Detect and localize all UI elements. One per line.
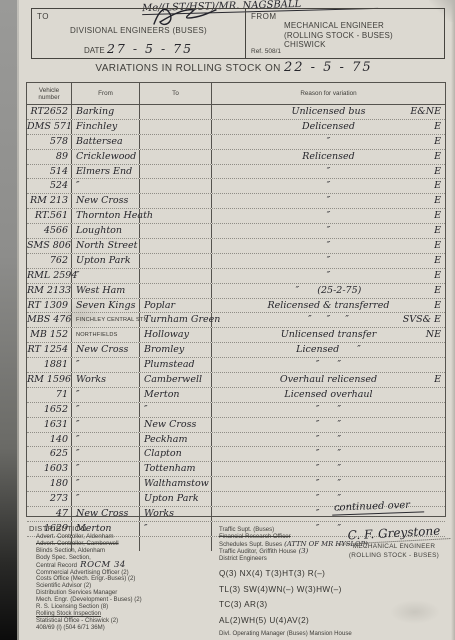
licensing-code: E: [434, 179, 441, 192]
from-cell: New Cross: [72, 343, 140, 357]
document-title: VARIATIONS IN ROLLING STOCK ON 22 - 5 - …: [22, 60, 446, 75]
from-cell: ″: [72, 179, 140, 193]
from-line: (ROLLING STOCK - BUSES): [284, 31, 393, 41]
vehicle-number-cell: SMS 806: [27, 239, 72, 253]
to-cell: Bromley: [140, 343, 212, 357]
from-cell: ″: [72, 418, 140, 432]
to-cell: [140, 135, 212, 149]
vehicle-number-cell: RT 1309: [27, 299, 72, 313]
licensing-code: E: [434, 224, 441, 237]
table-row: RT2652BarkingUnlicensed busE&NE: [27, 105, 445, 120]
to-box: TO DIVISIONAL ENGINEERS (BUSES) DATE 27 …: [32, 9, 246, 58]
from-cell: ″: [72, 462, 140, 476]
code-line: TC(3) AR(3): [219, 597, 344, 613]
scan-edge-left: [0, 0, 17, 640]
from-cell: ″: [72, 477, 140, 491]
reason-cell: ″ ″: [212, 477, 445, 491]
table-row: 514Elmers End″E: [27, 165, 445, 180]
from-cell: Upton Park: [72, 254, 140, 268]
to-cell: New Cross: [140, 418, 212, 432]
table-row: RML 2594″″E: [27, 269, 445, 284]
column-header-from: From: [72, 83, 140, 104]
from-cell: ″: [72, 269, 140, 283]
from-cell: ″: [72, 358, 140, 372]
vehicle-number-cell: DMS 571: [27, 120, 72, 134]
licensing-code: E: [434, 373, 441, 386]
from-label: FROM: [251, 12, 277, 21]
vehicle-number-cell: 89: [27, 150, 72, 164]
from-cell: Battersea: [72, 135, 140, 149]
table-row: 1631″New Cross″ ″: [27, 418, 445, 433]
to-cell: [140, 209, 212, 223]
vehicle-number-cell: 1881: [27, 358, 72, 372]
reason-cell: Relicensed & transferredE: [212, 299, 445, 313]
table-row: 625″Clapton″ ″: [27, 447, 445, 462]
to-cell: [140, 165, 212, 179]
header-box: TO DIVISIONAL ENGINEERS (BUSES) DATE 27 …: [31, 8, 445, 59]
from-cell: Seven Kings: [72, 299, 140, 313]
title-date-handwritten: 22 - 5 - 75: [284, 60, 373, 75]
column-header-to: To: [140, 83, 212, 104]
licensing-code: SVS& E: [403, 313, 441, 326]
from-cell: Works: [72, 373, 140, 387]
reason-cell: ″ ″: [212, 403, 445, 417]
district-engineer-codes: Q(3) NX(4) T(3)HT(3) R(–)TL(3) SW(4)WN(–…: [219, 566, 344, 628]
vehicle-number-cell: 524: [27, 179, 72, 193]
reason-cell: ″ ″ ″SVS& E: [212, 313, 445, 327]
signatory-title: (ROLLING STOCK - BUSES): [338, 552, 450, 560]
reason-cell: Licensed ″: [212, 343, 445, 357]
to-cell: Walthamstow: [140, 477, 212, 491]
to-cell: Turnham Green: [140, 313, 212, 327]
from-cell: FINCHLEY CENTRAL STN: [72, 313, 140, 327]
vehicle-number-cell: RML 2594: [27, 269, 72, 283]
from-cell: ″: [72, 447, 140, 461]
from-cell: ″: [72, 403, 140, 417]
to-cell: Camberwell: [140, 373, 212, 387]
list-item: District Engineers: [219, 555, 344, 562]
code-line: AL(2)WH(5) U(4)AV(2): [219, 613, 344, 629]
from-cell: ″: [72, 492, 140, 506]
vehicle-number-cell: 47: [27, 507, 72, 521]
licensing-code: E: [434, 254, 441, 267]
reason-cell: ″E: [212, 209, 445, 223]
vehicle-number-cell: 762: [27, 254, 72, 268]
from-cell: Thornton Heath: [72, 209, 140, 223]
table-row: 762Upton Park″E: [27, 254, 445, 269]
to-cell: Clapton: [140, 447, 212, 461]
from-cell: Cricklewood: [72, 150, 140, 164]
from-cell: Loughton: [72, 224, 140, 238]
to-cell: [140, 105, 212, 119]
date-value-handwritten: 27 - 5 - 75: [107, 41, 193, 56]
reason-cell: Overhaul relicensedE: [212, 373, 445, 387]
to-label: TO: [37, 12, 49, 21]
paper-left-edge: [17, 0, 19, 640]
licensing-code: E: [434, 239, 441, 252]
licensing-code: E&NE: [410, 105, 441, 118]
column-header-reason: Reason for variation: [212, 83, 445, 104]
vehicle-number-cell: MBS 476: [27, 313, 72, 327]
table-row: MBS 476FINCHLEY CENTRAL STNTurnham Green…: [27, 313, 445, 328]
reason-cell: Unlicensed busE&NE: [212, 105, 445, 119]
to-cell: [140, 179, 212, 193]
list-item: 408/69 (l) (504 6/71 36M): [29, 625, 215, 632]
code-line: TL(3) SW(4)WN(–) W(3)HW(–): [219, 582, 344, 598]
table-row: 89CricklewoodRelicensedE: [27, 150, 445, 165]
table-row: RT 1309Seven KingsPoplarRelicensed & tra…: [27, 299, 445, 314]
date-line: DATE 27 - 5 - 75: [32, 41, 245, 56]
variations-table: Vehicle number From To Reason for variat…: [26, 82, 446, 517]
to-cell: [140, 120, 212, 134]
scanned-document: { "annotations": { "top_scrawl": "Me/(LS…: [0, 0, 455, 640]
vehicle-number-cell: 1652: [27, 403, 72, 417]
reason-cell: ″ ″: [212, 447, 445, 461]
to-cell: [140, 269, 212, 283]
to-cell: Merton: [140, 388, 212, 402]
reason-cell: DelicensedE: [212, 120, 445, 134]
reason-cell: ″E: [212, 224, 445, 238]
vehicle-number-cell: RM 2133: [27, 284, 72, 298]
reason-cell: ″ ″: [212, 462, 445, 476]
to-cell: [140, 239, 212, 253]
licensing-code: E: [434, 299, 441, 312]
recipient-items: Traffic Supt. (Buses)Financial Research …: [219, 526, 344, 562]
from-cell: Finchley: [72, 120, 140, 134]
reason-cell: ″E: [212, 165, 445, 179]
reason-cell: ″E: [212, 239, 445, 253]
table-row: 71″MertonLicensed overhaul: [27, 388, 445, 403]
table-row: 4566Loughton″E: [27, 224, 445, 239]
to-cell: [140, 150, 212, 164]
from-cell: ″: [72, 433, 140, 447]
table-row: RM 213New Cross″E: [27, 194, 445, 209]
from-cell: ″: [72, 388, 140, 402]
code-line: Q(3) NX(4) T(3)HT(3) R(–): [219, 566, 344, 582]
licensing-code: E: [434, 150, 441, 163]
vehicle-number-cell: 625: [27, 447, 72, 461]
licensing-code: E: [434, 165, 441, 178]
distribution-items: Advert. Controller, AldenhamAdvert. Cont…: [29, 534, 215, 632]
recipients-list: Traffic Supt. (Buses)Financial Research …: [219, 526, 344, 637]
licensing-code: E: [434, 194, 441, 207]
to-cell: [140, 224, 212, 238]
reason-cell: ″E: [212, 194, 445, 208]
scan-edge-right: [451, 0, 455, 640]
table-row: 578Battersea″E: [27, 135, 445, 150]
reason-cell: ″ ″: [212, 433, 445, 447]
reason-cell: ″E: [212, 269, 445, 283]
table-row: RT.561Thornton Heath″E: [27, 209, 445, 224]
from-cell: West Ham: [72, 284, 140, 298]
to-cell: ″: [140, 403, 212, 417]
to-cell: Tottenham: [140, 462, 212, 476]
table-row: 1881″Plumstead″ ″: [27, 358, 445, 373]
to-cell: Peckham: [140, 433, 212, 447]
to-cell: [140, 254, 212, 268]
table-row: 1603″Tottenham″ ″: [27, 462, 445, 477]
to-cell: Works: [140, 507, 212, 521]
vehicle-number-cell: RT.561: [27, 209, 72, 223]
licensing-code: E: [434, 284, 441, 297]
scan-smudge: [390, 600, 440, 624]
vehicle-number-cell: RT 1254: [27, 343, 72, 357]
to-cell: Poplar: [140, 299, 212, 313]
from-cell: New Cross: [72, 507, 140, 521]
list-item: Traffic Auditor, Griffith House (3): [219, 548, 344, 555]
vehicle-number-cell: 1603: [27, 462, 72, 476]
table-row: 524″″E: [27, 179, 445, 194]
table-row: RT 1254New CrossBromleyLicensed ″: [27, 343, 445, 358]
from-line: CHISWICK: [284, 40, 393, 50]
table-row: 140″Peckham″ ″: [27, 433, 445, 448]
table-row: RM 2133West Ham″ (25-2-75)E: [27, 284, 445, 299]
to-cell: [140, 194, 212, 208]
list-item: Traffic Supt. (Buses): [219, 526, 344, 533]
to-cell: [140, 284, 212, 298]
from-address: MECHANICAL ENGINEER (ROLLING STOCK - BUS…: [284, 21, 393, 50]
reference-number: Ref. 508/1: [251, 48, 281, 55]
vehicle-number-cell: RT2652: [27, 105, 72, 119]
licensing-code: E: [434, 209, 441, 222]
to-cell: Plumstead: [140, 358, 212, 372]
signatory-title: MECHANICAL ENGINEER: [338, 543, 450, 551]
vehicle-number-cell: 514: [27, 165, 72, 179]
from-cell: New Cross: [72, 194, 140, 208]
licensing-code: E: [434, 269, 441, 282]
list-item: Schedules Supt. Buses (ATTN OF MR HYSLOP…: [219, 541, 344, 548]
reason-cell: ″ (25-2-75)E: [212, 284, 445, 298]
reason-cell: ″ ″: [212, 418, 445, 432]
licensing-code: E: [434, 120, 441, 133]
licensing-code: NE: [426, 328, 441, 341]
from-cell: Elmers End: [72, 165, 140, 179]
reason-cell: ″E: [212, 254, 445, 268]
vehicle-number-cell: 1631: [27, 418, 72, 432]
table-row: DMS 571FinchleyDelicensedE: [27, 120, 445, 135]
distribution-list: DISTRIBUTION Advert. Controller, Aldenha…: [29, 524, 215, 632]
reason-cell: Unlicensed transferNE: [212, 328, 445, 342]
to-cell: Upton Park: [140, 492, 212, 506]
vehicle-number-cell: 578: [27, 135, 72, 149]
signature-block: C. F. Greystone MECHANICAL ENGINEER (ROL…: [338, 526, 450, 559]
vehicle-number-cell: 71: [27, 388, 72, 402]
from-box: FROM MECHANICAL ENGINEER (ROLLING STOCK …: [246, 9, 444, 58]
licensing-code: E: [434, 135, 441, 148]
reason-cell: Licensed overhaul: [212, 388, 445, 402]
vehicle-number-cell: 140: [27, 433, 72, 447]
from-line: MECHANICAL ENGINEER: [284, 21, 393, 31]
from-cell: Barking: [72, 105, 140, 119]
table-row: SMS 806North Street″E: [27, 239, 445, 254]
recipients-footer: Divl. Operating Manager (Buses) Mansion …: [219, 630, 344, 637]
vehicle-number-cell: RM 1596: [27, 373, 72, 387]
reason-cell: RelicensedE: [212, 150, 445, 164]
column-header-vehicle: Vehicle number: [27, 83, 72, 104]
to-value: DIVISIONAL ENGINEERS (BUSES): [32, 26, 245, 35]
distribution-heading: DISTRIBUTION: [29, 524, 215, 533]
table-row: 1652″″″ ″: [27, 403, 445, 418]
reason-cell: ″E: [212, 179, 445, 193]
table-body: RT2652BarkingUnlicensed busE&NEDMS 571Fi…: [27, 105, 445, 551]
vehicle-number-cell: 180: [27, 477, 72, 491]
vehicle-number-cell: RM 213: [27, 194, 72, 208]
vehicle-number-cell: MB 152: [27, 328, 72, 342]
table-row: MB 152NORTHFIELDSHollowayUnlicensed tran…: [27, 328, 445, 343]
from-cell: NORTHFIELDS: [72, 328, 140, 342]
reason-cell: ″E: [212, 135, 445, 149]
reason-cell: ″ ″: [212, 358, 445, 372]
table-row: RM 1596WorksCamberwellOverhaul relicense…: [27, 373, 445, 388]
vehicle-number-cell: 4566: [27, 224, 72, 238]
date-label: DATE: [84, 46, 105, 55]
signature-scrawl: C. F. Greystone: [338, 523, 451, 545]
table-row: 180″Walthamstow″ ″: [27, 477, 445, 492]
table-header: Vehicle number From To Reason for variat…: [27, 83, 445, 105]
vehicle-number-cell: 273: [27, 492, 72, 506]
title-printed: VARIATIONS IN ROLLING STOCK ON: [95, 63, 280, 74]
from-cell: North Street: [72, 239, 140, 253]
to-cell: Holloway: [140, 328, 212, 342]
